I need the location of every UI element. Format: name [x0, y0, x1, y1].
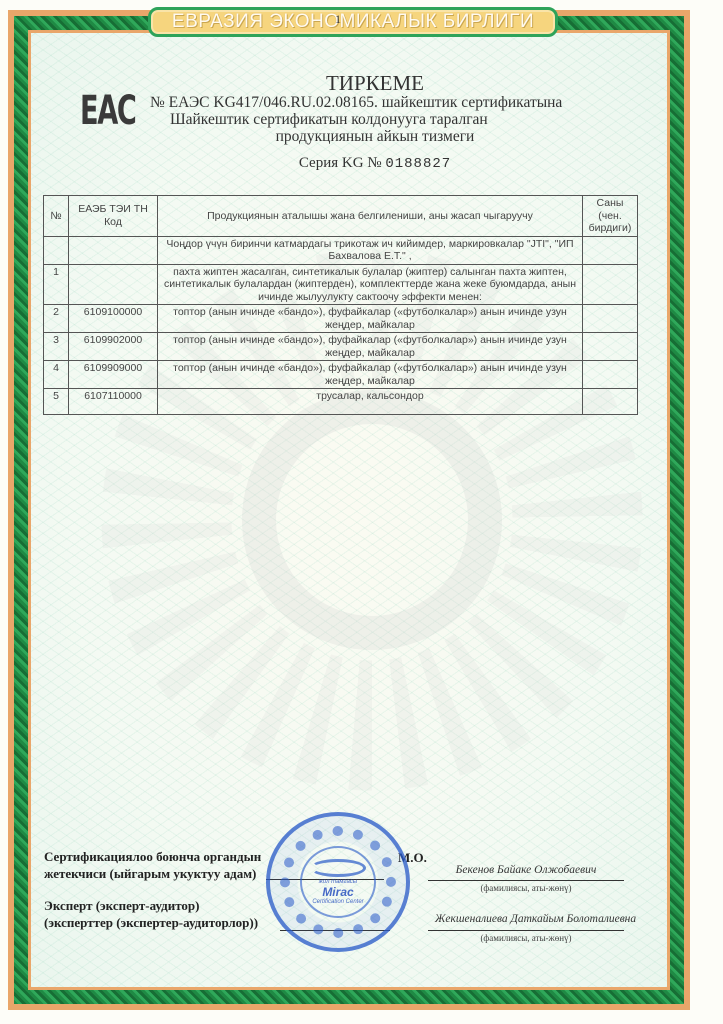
- head-name-caption: (фамилиясы, аты-жөнү): [428, 883, 624, 893]
- table-row: 2 6109100000 топтор (анын ичинде «бандо»…: [44, 305, 638, 333]
- table-header-row: № ЕАЭБ ТЭИ ТН Код Продукциянын аталышы ж…: [44, 196, 638, 237]
- table-row: Чоңдор үчүн биринчи катмардагы трикотаж …: [44, 236, 638, 264]
- cell-quantity: [583, 361, 638, 389]
- expert-label: Эксперт (эксперт-аудитор) (эксперттер (э…: [44, 897, 258, 931]
- table-row: 5 6107110000 трусалар, кальсондор: [44, 389, 638, 415]
- head-label-line-2: жетекчиси (ыйгарым укуктуу адам): [44, 865, 261, 882]
- heading-subtitle-2: продукциянын айкын тизмеги: [140, 128, 610, 145]
- expert-name-caption: (фамилиясы, аты-жөнү): [428, 933, 624, 943]
- cell-code: 6109902000: [69, 333, 158, 361]
- cell-no: 1: [44, 264, 69, 305]
- head-name-line: [428, 880, 624, 881]
- cell-description: топтор (анын ичинде «бандо»), фуфайкалар…: [158, 361, 583, 389]
- stamp-swoosh-icon: [310, 859, 366, 877]
- heading-subtitle-1: Шайкештик сертификатын колдонууга таралг…: [140, 111, 610, 128]
- certification-stamp: жол тамгасы Mirас Certification Center: [266, 812, 410, 952]
- document-title: ТИРКЕМЕ: [140, 72, 610, 94]
- cell-description: трусалар, кальсондор: [158, 389, 583, 415]
- certificate-reference: № ЕАЭС KG417/046.RU.02.08165. шайкештик …: [140, 94, 610, 111]
- header-description: Продукциянын аталышы жана белгилениши, а…: [158, 196, 583, 237]
- cell-quantity: [583, 236, 638, 264]
- cell-no: 2: [44, 305, 69, 333]
- cell-quantity: [583, 389, 638, 415]
- table-row: 1 пахта жиптен жасалган, синтетикалык бу…: [44, 264, 638, 305]
- expert-name: Жекшеналиева Даткайым Болоталиевна: [428, 913, 643, 925]
- cell-code: 6109909000: [69, 361, 158, 389]
- expert-name-line: [428, 930, 624, 931]
- cell-no: [44, 236, 69, 264]
- cell-description: топтор (анын ичинде «бандо»), фуфайкалар…: [158, 305, 583, 333]
- stamp-center: жол тамгасы Mirас Certification Center: [300, 846, 376, 918]
- cell-no: 3: [44, 333, 69, 361]
- cell-code: [69, 236, 158, 264]
- series-number: 0188827: [385, 156, 451, 172]
- stamp-brand: Mirас: [322, 885, 353, 899]
- cell-code: 6109100000: [69, 305, 158, 333]
- table-row: 4 6109909000 топтор (анын ичинде «бандо»…: [44, 361, 638, 389]
- product-table: № ЕАЭБ ТЭИ ТН Код Продукциянын аталышы ж…: [43, 195, 638, 415]
- cell-code: [69, 264, 158, 305]
- cell-quantity: [583, 264, 638, 305]
- eac-mark-icon: ЕАС: [80, 91, 136, 131]
- cell-quantity: [583, 333, 638, 361]
- head-name: Бекенов Байаке Олжобаевич: [428, 864, 624, 876]
- head-of-body-label: Сертификациялоо боюнча органдын жетекчис…: [44, 848, 261, 882]
- header-no: №: [44, 196, 69, 237]
- sun-watermark-icon: [242, 390, 502, 650]
- cell-description: топтор (анын ичинде «бандо»), фуфайкалар…: [158, 333, 583, 361]
- header-code: ЕАЭБ ТЭИ ТН Код: [69, 196, 158, 237]
- stamp-subtitle: Certification Center: [312, 899, 363, 905]
- document-heading: ТИРКЕМЕ № ЕАЭС KG417/046.RU.02.08165. ша…: [140, 72, 610, 172]
- cell-code: 6107110000: [69, 389, 158, 415]
- series-line: Серия KG № 0188827: [140, 155, 610, 172]
- cell-description: Чоңдор үчүн биринчи катмардагы трикотаж …: [158, 236, 583, 264]
- table-row: 3 6109902000 топтор (анын ичинде «бандо»…: [44, 333, 638, 361]
- cell-quantity: [583, 305, 638, 333]
- header-quantity: Саны (чен. бирдиги): [583, 196, 638, 237]
- cell-description: пахта жиптен жасалган, синтетикалык була…: [158, 264, 583, 305]
- page-number: 1: [335, 12, 341, 27]
- head-label-line-1: Сертификациялоо боюнча органдын: [44, 848, 261, 865]
- expert-label-line-2: (эксперттер (экспертер-аудиторлор)): [44, 914, 258, 931]
- cell-no: 4: [44, 361, 69, 389]
- series-label: Серия KG №: [299, 155, 382, 171]
- expert-label-line-1: Эксперт (эксперт-аудитор): [44, 897, 258, 914]
- cell-no: 5: [44, 389, 69, 415]
- union-banner: ЕВРАЗИЯ ЭКОНОМИКАЛЫК БИРЛИГИ: [148, 7, 558, 37]
- banner-title: ЕВРАЗИЯ ЭКОНОМИКАЛЫК БИРЛИГИ: [172, 11, 534, 33]
